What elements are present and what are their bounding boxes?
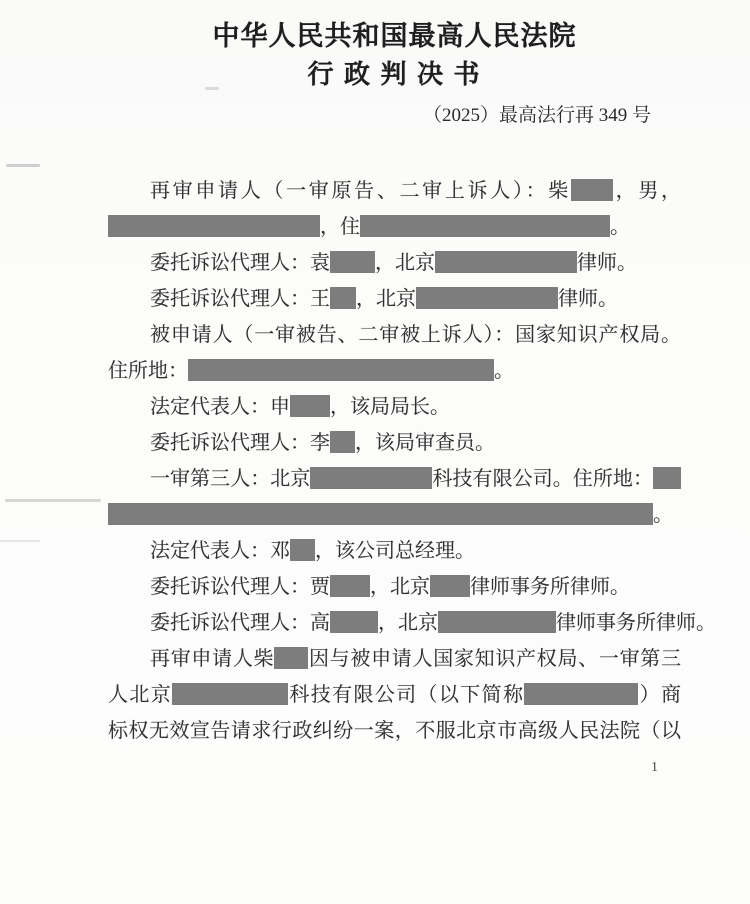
document-content: 中华人民共和国最高人民法院 行 政 判 决 书 （2025）最高法行再 349 …: [0, 20, 750, 749]
text-segment: 律师。: [577, 252, 637, 274]
redaction-box: [435, 251, 577, 273]
document-line: 被申请人（一审被告、二审被上诉人）：国家知识产权局。: [108, 317, 681, 353]
redaction-box: [438, 611, 556, 633]
document-line: 委托诉讼代理人：高，北京律师事务所律师。: [108, 605, 681, 641]
text-segment: 再审申请人（一审原告、二审上诉人）：柴: [150, 180, 571, 202]
text-segment: ，北京: [356, 288, 416, 310]
text-segment: 委托诉讼代理人：贾: [150, 576, 330, 598]
text-segment: 一审第三人：北京: [150, 468, 310, 490]
text-segment: 。: [494, 360, 514, 382]
text-segment: 委托诉讼代理人：王: [150, 288, 330, 310]
text-segment: 标权无效宣告请求行政纠纷一案，不服北京市高级人民法院（以: [108, 720, 681, 742]
text-segment: ，北京: [378, 612, 438, 634]
text-segment: 委托诉讼代理人：李: [150, 432, 330, 454]
text-segment: 。: [610, 216, 630, 238]
document-body: 再审申请人（一审原告、二审上诉人）：柴，男，，住。委托诉讼代理人：袁，北京律师。…: [108, 173, 681, 749]
text-segment: 科技有限公司（以下简称: [288, 684, 524, 706]
page-number: 1: [651, 760, 658, 776]
text-segment: ）商: [638, 684, 681, 706]
text-segment: 。: [653, 504, 673, 526]
redaction-box: [330, 575, 370, 597]
text-segment: 法定代表人：申: [150, 396, 290, 418]
text-segment: ，住: [320, 216, 360, 238]
text-segment: 委托诉讼代理人：袁: [150, 252, 330, 274]
document-line: 再审申请人柴因与被申请人国家知识产权局、一审第三: [108, 641, 681, 677]
document-line: 法定代表人：申，该局局长。: [108, 389, 681, 425]
redaction-box: [310, 467, 432, 489]
text-segment: 委托诉讼代理人：高: [150, 612, 330, 634]
document-line: 委托诉讼代理人：贾，北京律师事务所律师。: [108, 569, 681, 605]
text-segment: ，北京: [370, 576, 430, 598]
document-line: 。: [108, 497, 681, 533]
text-segment: 法定代表人：邓: [150, 540, 290, 562]
redaction-box: [330, 431, 355, 453]
text-segment: 被申请人（一审被告、二审被上诉人）：国家知识产权局。: [150, 324, 681, 346]
redaction-box: [330, 251, 375, 273]
text-segment: 再审申请人柴: [150, 648, 274, 670]
text-segment: 律师事务所律师。: [470, 576, 630, 598]
document-line: 一审第三人：北京科技有限公司。住所地：: [108, 461, 681, 497]
redaction-box: [416, 287, 558, 309]
document-line: 法定代表人：邓，该公司总经理。: [108, 533, 681, 569]
redaction-box: [653, 467, 681, 489]
document-line: 人北京科技有限公司（以下简称）商: [108, 677, 681, 713]
document-line: ，住。: [108, 209, 681, 245]
text-segment: ，该局局长。: [330, 396, 450, 418]
redaction-box: [360, 215, 610, 237]
redaction-box: [524, 683, 638, 705]
redaction-box: [571, 179, 613, 201]
redaction-box: [274, 647, 308, 669]
document-line: 标权无效宣告请求行政纠纷一案，不服北京市高级人民法院（以: [108, 713, 681, 749]
judgment-document-page: 中华人民共和国最高人民法院 行 政 判 决 书 （2025）最高法行再 349 …: [0, 0, 750, 904]
document-line: 委托诉讼代理人：袁，北京律师。: [108, 245, 681, 281]
text-segment: 因与被申请人国家知识产权局、一审第三: [308, 648, 681, 670]
case-number: （2025）最高法行再 349 号: [108, 104, 681, 128]
document-line: 住所地：。: [108, 353, 681, 389]
text-segment: 住所地：: [108, 360, 188, 382]
redaction-box: [172, 683, 288, 705]
text-segment: 人北京: [108, 684, 172, 706]
redaction-box: [290, 395, 330, 417]
text-segment: ，该局审查员。: [355, 432, 495, 454]
document-line: 委托诉讼代理人：王，北京律师。: [108, 281, 681, 317]
redaction-box: [330, 611, 378, 633]
redaction-box: [290, 539, 315, 561]
text-segment: 律师事务所律师。: [556, 612, 716, 634]
text-segment: 律师。: [558, 288, 618, 310]
text-segment: ，该公司总经理。: [315, 540, 475, 562]
document-line: 委托诉讼代理人：李，该局审查员。: [108, 425, 681, 461]
document-line: 再审申请人（一审原告、二审上诉人）：柴，男，: [108, 173, 681, 209]
redaction-box: [108, 215, 320, 237]
redaction-box: [430, 575, 470, 597]
court-title: 中华人民共和国最高人民法院: [108, 20, 681, 52]
text-segment: ，北京: [375, 252, 435, 274]
redaction-box: [188, 359, 494, 381]
document-type-title: 行 政 判 决 书: [108, 60, 681, 90]
text-segment: 科技有限公司。住所地：: [432, 468, 653, 490]
redaction-box: [108, 503, 653, 525]
text-segment: ，男，: [613, 180, 681, 202]
redaction-box: [330, 287, 356, 309]
